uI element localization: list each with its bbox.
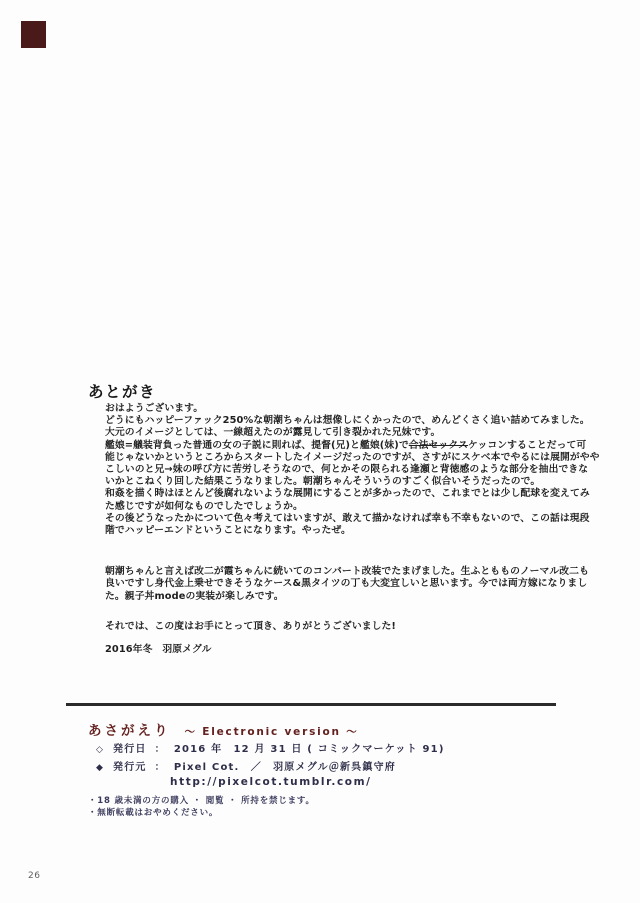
afterword-line: こしいのと兄→妹の呼び方に苦労しそうなので、何とかその限られる逢瀬と背徳感のよう… <box>105 464 573 476</box>
publisher-value: Pixel Cot. ／ 羽原メグル＠新呉鎮守府 <box>174 758 396 773</box>
afterword-line: いかとこねくり回した結果こうなりました。朝潮ちゃんそういうのすごく似合いそうだっ… <box>105 476 573 488</box>
afterword-line: その後どうなったかについて色々考えてはいますが、敢えて描かなければ幸も不幸もない… <box>105 513 573 525</box>
afterword-paragraph: おはようございます。 どうにもハッピーファック250%な朝潮ちゃんは想像しにくか… <box>105 403 573 537</box>
strikethrough-text: 合法セックス <box>409 440 468 451</box>
publisher-row: ◆ 発行元 ： Pixel Cot. ／ 羽原メグル＠新呉鎮守府 <box>96 758 396 773</box>
publish-date-value: 2016 年 12 月 31 日 ( コミックマーケット 91) <box>174 740 445 755</box>
afterword-line: 能じゃないかというところからスタートしたイメージだったのですが、さすがにスケベ本… <box>105 452 573 464</box>
page-number: 26 <box>28 871 40 881</box>
afterword-paragraph: それでは、この度はお手にとって頂き、ありがとうございました! <box>105 621 573 633</box>
afterword-line: 良いですし身代金上乗せできそうなケース&黒タイツの丁も大変宜しいと思います。今で… <box>105 578 573 590</box>
afterword-paragraph: 朝潮ちゃんと言えば改二が霞ちゃんに続いてのコンバート改装でたまげました。生ふとも… <box>105 566 573 603</box>
colophon-divider <box>66 703 556 706</box>
publisher-url: http://pixelcot.tumblr.com/ <box>170 776 372 788</box>
corner-mark <box>21 21 46 48</box>
colophon-title-row: あさがえり ～ Electronic version ～ <box>88 719 359 739</box>
afterword-closing-line: それでは、この度はお手にとって頂き、ありがとうございました! <box>105 621 573 633</box>
afterword-line: 和姦を描く時はほとんど後腐れないような展開にすることが多かったので、これまでとは… <box>105 488 573 500</box>
label-separator: ： <box>155 740 166 755</box>
no-reproduction-notice: ・無断転載はおやめください。 <box>88 806 218 818</box>
age-restriction-notice: ・18 歳未満の方の購入 ・ 閲覧 ・ 所持を禁じます。 <box>88 794 315 806</box>
afterword-heading: あとがき <box>88 380 156 402</box>
open-diamond-icon: ◇ <box>96 745 113 755</box>
afterword-line: おはようございます。 <box>105 403 573 415</box>
afterword-line: 階でハッピーエンドということになります。やったぜ。 <box>105 525 573 537</box>
afterword-line: た。親子丼modeの実装が楽しみです。 <box>105 591 573 603</box>
afterword-line: た感じですが如何なものでしたでしょうか。 <box>105 501 573 513</box>
afterword-line: どうにもハッピーファック250%な朝潮ちゃんは想像しにくかったので、めんどくさく… <box>105 415 573 427</box>
filled-diamond-icon: ◆ <box>96 763 113 773</box>
publish-date-label: 発行日 <box>113 740 147 755</box>
afterword-line: 朝潮ちゃんと言えば改二が霞ちゃんに続いてのコンバート改装でたまげました。生ふとも… <box>105 566 573 578</box>
publisher-label: 発行元 <box>113 758 147 773</box>
afterword-line: 大元のイメージとしては、一線超えたのが露見して引き裂かれた兄妹です。 <box>105 427 573 439</box>
scanned-doujin-page: あとがき おはようございます。 どうにもハッピーファック250%な朝潮ちゃんは想… <box>0 0 640 903</box>
label-separator: ： <box>155 758 166 773</box>
doujin-title: あさがえり <box>88 719 171 739</box>
afterword-line-with-strikethrough: 艦娘=艤装背負った普通の女の子説に則れば、提督(兄)と艦娘(妹)で合法セックスケ… <box>105 440 573 452</box>
strike-post-text: ケッコンすることだって可 <box>468 440 586 451</box>
edition-subtitle: ～ Electronic version ～ <box>185 724 359 739</box>
strike-pre-text: 艦娘=艤装背負った普通の女の子説に則れば、提督(兄)と艦娘(妹)で <box>105 440 409 451</box>
afterword-body: おはようございます。 どうにもハッピーファック250%な朝潮ちゃんは想像しにくか… <box>105 403 573 656</box>
publish-date-row: ◇ 発行日 ： 2016 年 12 月 31 日 ( コミックマーケット 91) <box>96 740 445 755</box>
author-signature: 2016年冬 羽原メグル <box>105 644 573 656</box>
